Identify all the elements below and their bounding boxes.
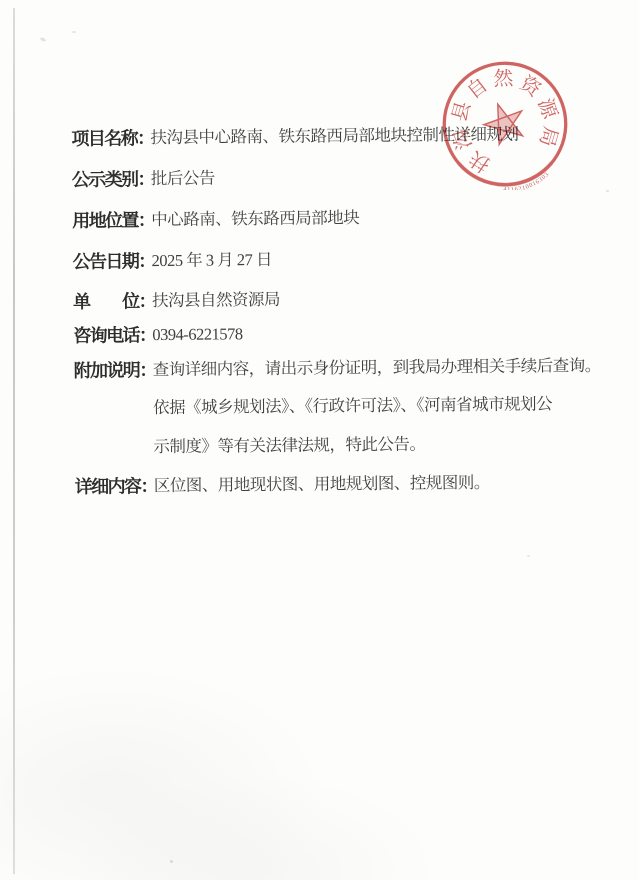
field-label: 单 位： [73,289,152,314]
scanned-notice-page: 项目名称： 扶沟县中心路南、铁东路西局部地块控制性详细规划 公示类别： 批后公告… [0,0,639,880]
field-row-detail-content: 详细内容： 区位图、用地现状图、用地规划图、控规图则。 [75,470,621,499]
field-label: 附加说明： [74,358,153,383]
field-value: 扶沟县中心路南、铁东路西局部地块控制性详细规划 [150,122,617,150]
field-row-project-name: 项目名称： 扶沟县中心路南、铁东路西局部地块控制性详细规划 [71,122,617,151]
scan-speck [170,860,173,863]
field-row-announce-date: 公告日期： 2025 年 3 月 27 日 [73,245,619,274]
note-line: 查询详细内容，请出示身份证明，到我局办理相关手续后查询。 [153,354,620,397]
field-value: 中心路南、铁东路西局部地块 [151,204,618,232]
field-value: 扶沟县自然资源局 [152,285,619,313]
field-value-multiline: 查询详细内容，请出示身份证明，到我局办理相关手续后查询。 依据《城乡规划法》、《… [153,354,621,474]
notice-content: 项目名称： 扶沟县中心路南、铁东路西局部地块控制性详细规划 公示类别： 批后公告… [0,0,639,561]
field-row-phone: 咨询电话： 0394-6221578 [73,319,619,348]
field-row-unit: 单 位： 扶沟县自然资源局 [73,285,619,314]
field-value: 0394-6221578 [152,319,619,347]
field-label: 用地位置： [72,208,151,233]
field-label: 详细内容： [75,474,154,499]
field-row-land-location: 用地位置： 中心路南、铁东路西局部地块 [72,204,618,233]
field-value: 区位图、用地现状图、用地规划图、控规图则。 [154,470,621,498]
field-row-notice-category: 公示类别： 批后公告 [72,163,618,192]
field-value: 批后公告 [151,163,618,191]
field-label: 咨询电话： [73,323,152,348]
field-label: 公示类别： [72,167,151,192]
note-line: 依据《城乡规划法》、《行政许可法》、《河南省城市规划公 [153,392,620,435]
note-line: 示制度》等有关法律法规，特此公告。 [153,430,620,473]
field-label: 公告日期： [73,249,152,274]
field-label: 项目名称： [71,126,150,151]
field-value: 2025 年 3 月 27 日 [152,245,619,273]
field-row-additional-notes: 附加说明： 查询详细内容，请出示身份证明，到我局办理相关手续后查询。 依据《城乡… [74,354,621,474]
